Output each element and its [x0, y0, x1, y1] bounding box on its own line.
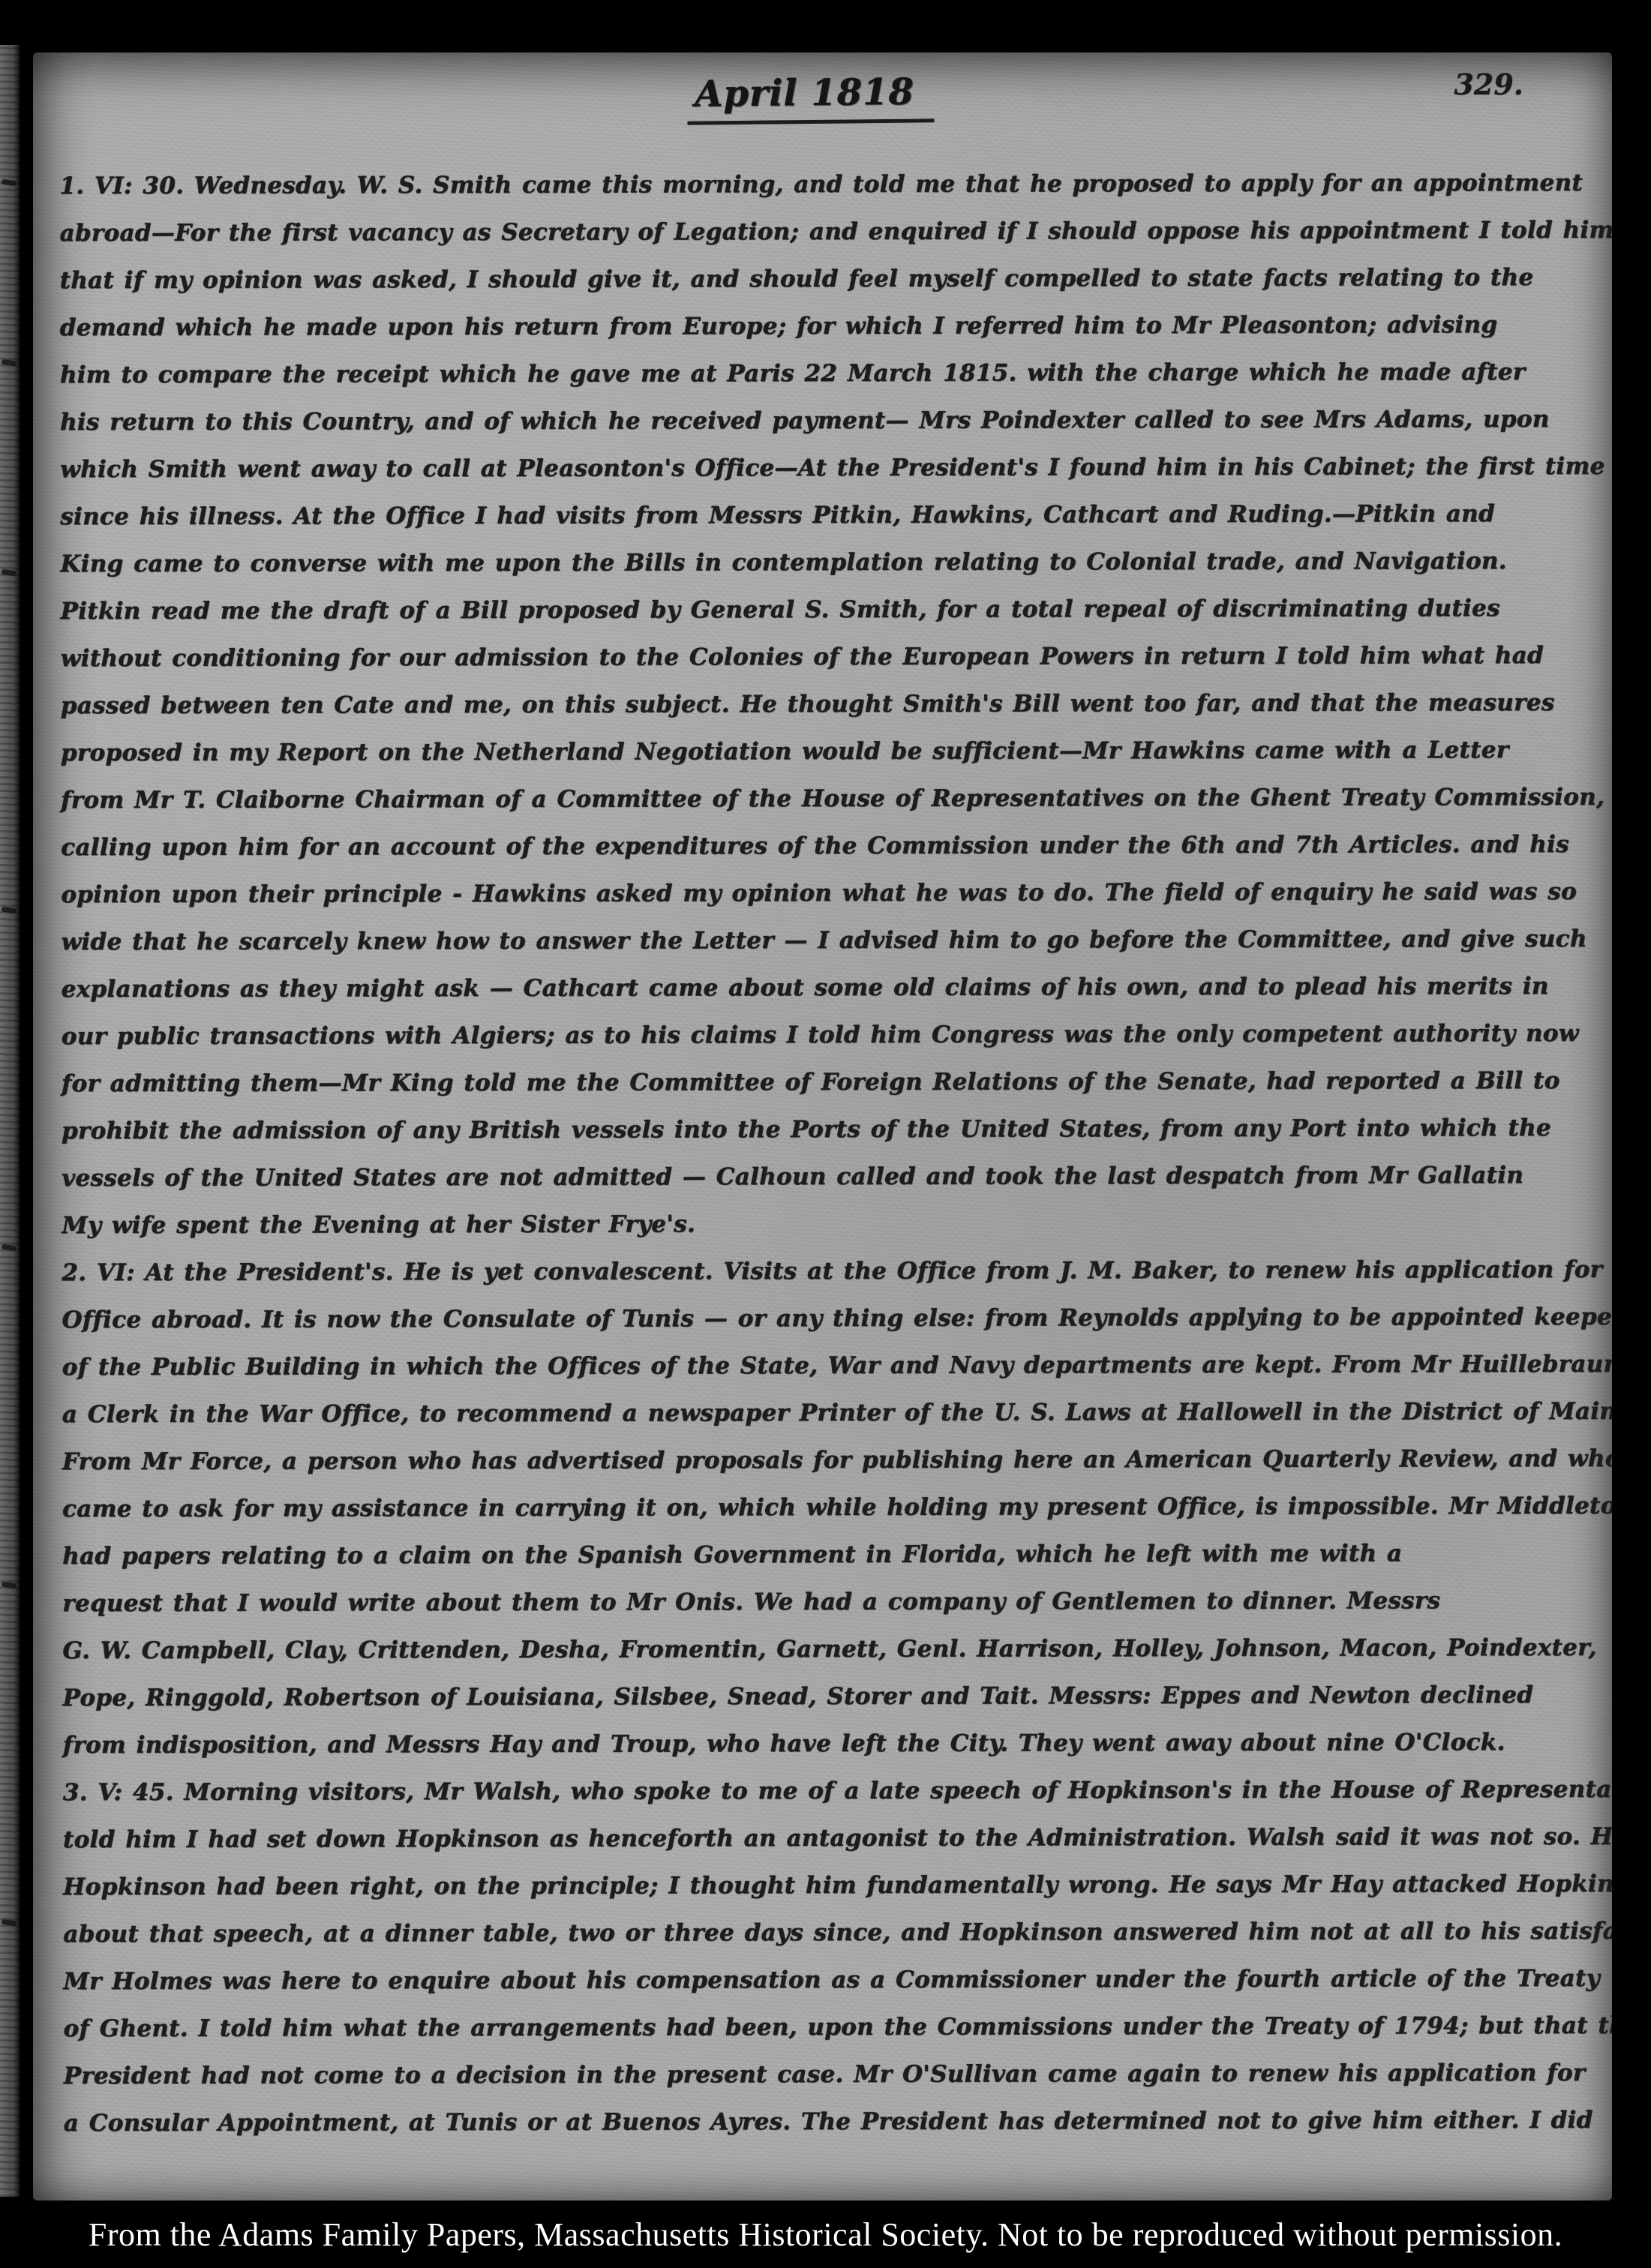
manuscript-line: wide that he scarcely knew how to answer…	[61, 916, 1592, 966]
manuscript-line: explanations as they might ask — Cathcar…	[61, 963, 1592, 1013]
manuscript-page-scan: April 1818 329. 1. VI: 30. Wednesday. W.…	[0, 0, 1651, 2268]
manuscript-line: 1. VI: 30. Wednesday. W. S. Smith came t…	[59, 160, 1590, 210]
manuscript-line: calling upon him for an account of the e…	[61, 821, 1592, 871]
ink-fragment	[2, 907, 17, 914]
manuscript-line: Mr Holmes was here to enquire about his …	[63, 1955, 1594, 2005]
page-header: April 1818 329.	[33, 52, 1612, 146]
manuscript-line: told him I had set down Hopkinson as hen…	[63, 1813, 1594, 1864]
manuscript-line: of the Public Building in which the Offi…	[62, 1341, 1593, 1391]
manuscript-line: From Mr Force, a person who has advertis…	[62, 1435, 1593, 1486]
ink-fragment	[2, 1582, 17, 1589]
manuscript-line: 2. VI: At the President's. He is yet con…	[62, 1246, 1592, 1297]
manuscript-line: demand which he made upon his return fro…	[60, 301, 1591, 352]
ink-fragment	[2, 569, 17, 577]
manuscript-body: 1. VI: 30. Wednesday. W. S. Smith came t…	[33, 145, 1612, 2147]
manuscript-line: Pitkin read me the draft of a Bill propo…	[60, 585, 1591, 635]
manuscript-line: for admitting them—Mr King told me the C…	[62, 1057, 1592, 1108]
manuscript-line: of Ghent. I told him what the arrangemen…	[63, 2002, 1594, 2053]
manuscript-line: My wife spent the Evening at her Sister …	[62, 1199, 1592, 1249]
manuscript-line: King came to converse with me upon the B…	[60, 538, 1591, 588]
manuscript-line: opinion upon their principle - Hawkins a…	[61, 868, 1592, 919]
manuscript-line: request that I would write about them to…	[62, 1577, 1593, 1627]
ink-fragment	[2, 179, 17, 187]
manuscript-line: 3. V: 45. Morning visitors, Mr Walsh, wh…	[63, 1766, 1594, 1816]
manuscript-line: Hopkinson had been right, on the princip…	[63, 1861, 1594, 1911]
manuscript-line: Office abroad. It is now the Consulate o…	[62, 1294, 1592, 1344]
archive-caption: From the Adams Family Papers, Massachuse…	[89, 2215, 1562, 2254]
adjacent-page-edge	[0, 45, 20, 2197]
manuscript-line: that if my opinion was asked, I should g…	[60, 254, 1591, 304]
ink-fragment	[2, 1919, 17, 1927]
manuscript-line: from Mr T. Claiborne Chairman of a Commi…	[61, 774, 1592, 824]
manuscript-line: since his illness. At the Office I had v…	[60, 490, 1591, 541]
manuscript-line: from indisposition, and Messrs Hay and T…	[63, 1719, 1594, 1769]
manuscript-line: Pope, Ringgold, Robertson of Louisiana, …	[62, 1672, 1593, 1722]
month-year-heading: April 1818	[686, 70, 934, 124]
manuscript-line: prohibit the admission of any British ve…	[62, 1105, 1592, 1155]
manuscript-line: a Consular Appointment, at Tunis or at B…	[64, 2097, 1595, 2147]
manuscript-line: our public transactions with Algiers; as…	[62, 1010, 1592, 1060]
page-number: 329.	[1454, 67, 1523, 101]
manuscript-line: had papers relating to a claim on the Sp…	[62, 1530, 1593, 1580]
manuscript-line: proposed in my Report on the Netherland …	[61, 727, 1592, 777]
manuscript-line: abroad—For the first vacancy as Secretar…	[59, 207, 1590, 257]
manuscript-line: him to compare the receipt which he gave…	[60, 349, 1591, 399]
manuscript-line: came to ask for my assistance in carryin…	[62, 1483, 1593, 1533]
manuscript-line: about that speech, at a dinner table, tw…	[63, 1908, 1594, 1958]
ink-fragment	[2, 359, 17, 367]
manuscript-line: which Smith went away to call at Pleason…	[60, 443, 1591, 493]
ink-fragment	[2, 1244, 17, 1252]
manuscript-line: without conditioning for our admission t…	[61, 632, 1592, 682]
manuscript-line: a Clerk in the War Office, to recommend …	[62, 1388, 1593, 1438]
manuscript-line: vessels of the United States are not adm…	[62, 1152, 1592, 1202]
manuscript-line: his return to this Country, and of which…	[60, 396, 1591, 446]
manuscript-line: President had not come to a decision in …	[64, 2050, 1595, 2100]
manuscript-line: passed between ten Cate and me, on this …	[61, 679, 1592, 730]
manuscript-line: G. W. Campbell, Clay, Crittenden, Desha,…	[62, 1624, 1593, 1675]
caption-bar: From the Adams Family Papers, Massachuse…	[0, 2200, 1651, 2268]
paper-sheet: April 1818 329. 1. VI: 30. Wednesday. W.…	[33, 52, 1612, 2200]
